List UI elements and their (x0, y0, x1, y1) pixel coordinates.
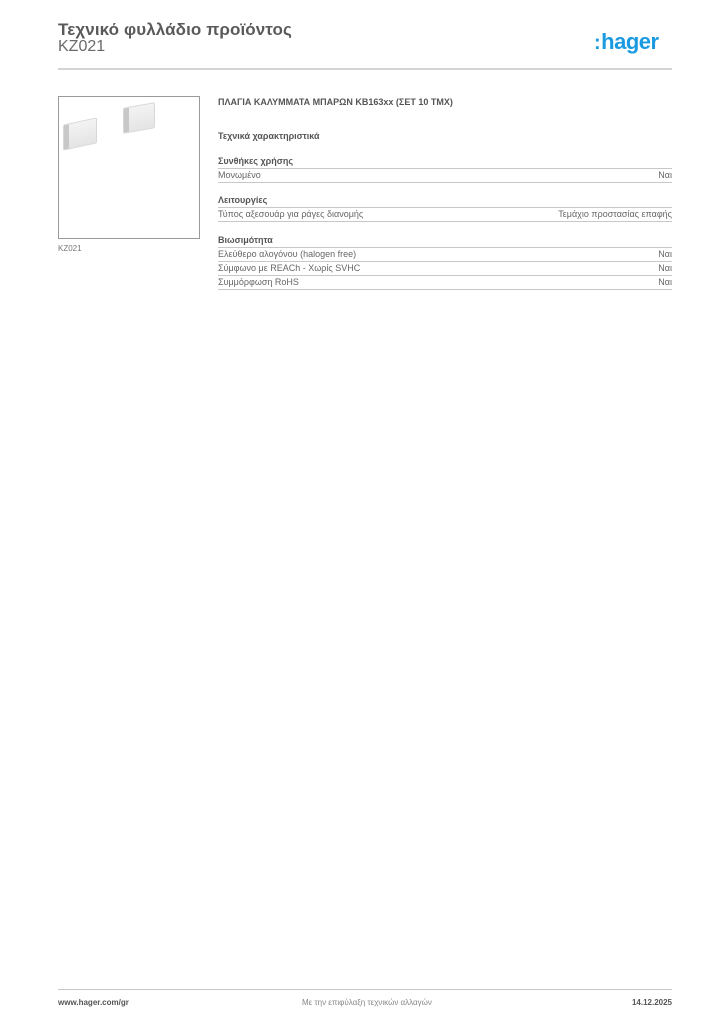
spec-label: Τύπος αξεσουάρ για ράγες διανομής (218, 208, 363, 221)
spec-value: Ναι (658, 276, 672, 289)
end-cap-image (63, 117, 97, 150)
brand-logo: :hager (594, 29, 659, 55)
product-name: ΠΛΑΓΙΑ ΚΑΛΥΜΜΑΤΑ ΜΠΑΡΩΝ KB163xx (ΣΕΤ 10 … (218, 97, 453, 107)
image-caption: KZ021 (58, 244, 82, 253)
footer-url[interactable]: www.hager.com/gr (58, 998, 129, 1007)
footer-date: 14.12.2025 (632, 998, 672, 1007)
footer-divider (58, 989, 672, 990)
spec-label: Συμμόρφωση RoHS (218, 276, 299, 289)
group-usage-conditions: Συνθήκες χρήσης Μονωμένο Ναι (218, 155, 672, 183)
group-sustainability: Βιωσιμότητα Ελεύθερο αλογόνου (halogen f… (218, 234, 672, 290)
spec-label: Μονωμένο (218, 169, 261, 182)
spec-label: Ελεύθερο αλογόνου (halogen free) (218, 248, 356, 261)
footer-note: Με την επιφύλαξη τεχνικών αλλαγών (302, 998, 432, 1007)
spec-row: Τύπος αξεσουάρ για ράγες διανομής Τεμάχι… (218, 208, 672, 222)
logo-dots: : (594, 32, 600, 54)
spec-row: Ελεύθερο αλογόνου (halogen free) Ναι (218, 248, 672, 262)
group-title: Βιωσιμότητα (218, 234, 672, 248)
spec-value: Τεμάχιο προστασίας επαφής (558, 208, 672, 221)
spec-row: Σύμφωνο με REACh - Χωρίς SVHC Ναι (218, 262, 672, 276)
end-cap-image (123, 102, 155, 134)
group-title: Συνθήκες χρήσης (218, 155, 672, 169)
group-title: Λειτουργίες (218, 194, 672, 208)
spec-value: Ναι (658, 248, 672, 261)
spec-row: Συμμόρφωση RoHS Ναι (218, 276, 672, 290)
spec-value: Ναι (658, 262, 672, 275)
page-title: Τεχνικό φυλλάδιο προϊόντος (58, 20, 292, 40)
product-image (58, 96, 200, 239)
spec-label: Σύμφωνο με REACh - Χωρίς SVHC (218, 262, 360, 275)
spec-row: Μονωμένο Ναι (218, 169, 672, 183)
header-divider (58, 68, 672, 70)
group-functions: Λειτουργίες Τύπος αξεσουάρ για ράγες δια… (218, 194, 672, 222)
spec-value: Ναι (658, 169, 672, 182)
product-code: KZ021 (58, 38, 105, 56)
section-heading: Τεχνικά χαρακτηριστικά (218, 131, 320, 141)
logo-text: hager (601, 29, 658, 54)
